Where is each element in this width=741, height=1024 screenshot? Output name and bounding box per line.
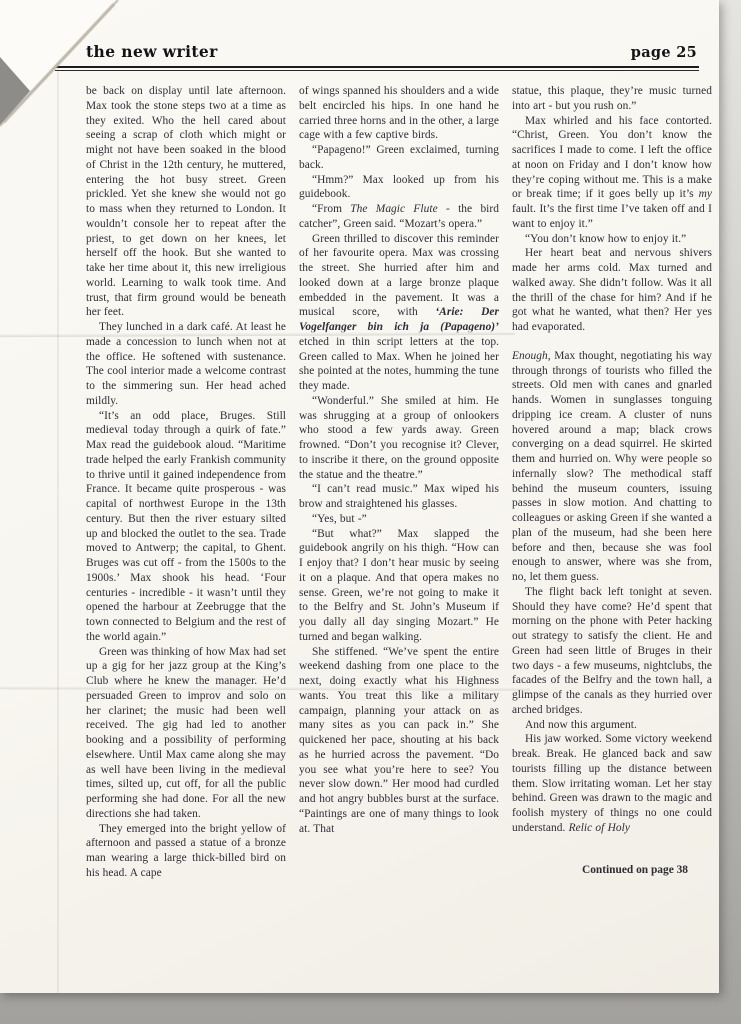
paragraph: statue, this plaque, they’re music turne… xyxy=(512,84,712,114)
body-text: of wings spanned his shoulders and a wid… xyxy=(299,85,499,141)
paragraph: Enough, Max thought, negotiating his way… xyxy=(512,349,712,585)
body-text: “Hmm?” Max looked up from his guidebook. xyxy=(299,174,499,201)
body-text: Green was thinking of how Max had set up… xyxy=(86,646,286,820)
page-number: page 25 xyxy=(631,44,697,61)
body-text: Max whirled and his face contorted. “Chr… xyxy=(512,115,712,201)
paragraph: “It’s an odd place, Bruges. Still mediev… xyxy=(86,409,286,645)
paragraph: Green thrilled to discover this reminder… xyxy=(299,232,499,394)
paragraph: “You don’t know how to enjoy it.” xyxy=(512,232,712,247)
body-text: etched in thin script letters at the top… xyxy=(299,336,499,392)
paragraph: “I can’t read music.” Max wiped his brow… xyxy=(299,482,499,512)
body-text: They emerged into the bright yellow of a… xyxy=(86,823,286,879)
body-text: His jaw worked. Some victory weekend bre… xyxy=(512,733,712,834)
paragraph: “Wonderful.” She smiled at him. He was s… xyxy=(299,394,499,483)
emphasized-text: my xyxy=(699,188,712,200)
body-text: “From xyxy=(312,203,350,215)
body-text: “I can’t read music.” Max wiped his brow… xyxy=(299,483,499,510)
paragraph: And now this argument. xyxy=(512,718,712,733)
body-text: “You don’t know how to enjoy it.” xyxy=(525,233,686,245)
body-text: The flight back left tonight at seven. S… xyxy=(512,586,712,716)
text-column-2: of wings spanned his shoulders and a wid… xyxy=(299,84,499,881)
magazine-page: the new writer page 25 be back on displa… xyxy=(0,0,719,993)
body-text: “But what?” Max slapped the guidebook an… xyxy=(299,528,499,643)
paragraph: Her heart beat and nervous shivers made … xyxy=(512,246,712,335)
text-column-1: be back on display until late afternoon.… xyxy=(86,84,286,881)
text-column-3: statue, this plaque, they’re music turne… xyxy=(512,84,712,881)
emphasized-text: Enough xyxy=(512,350,548,362)
body-text: “Yes, but -” xyxy=(312,513,367,525)
body-text: Her heart beat and nervous shivers made … xyxy=(512,247,712,333)
paragraph: She stiffened. “We’ve spent the entire w… xyxy=(299,645,499,837)
body-text: She stiffened. “We’ve spent the entire w… xyxy=(299,646,499,835)
folded-corner xyxy=(0,0,150,150)
paragraph: “Hmm?” Max looked up from his guidebook. xyxy=(299,173,499,203)
body-text: And now this argument. xyxy=(525,719,637,731)
paragraph: His jaw worked. Some victory weekend bre… xyxy=(512,732,712,835)
paragraph: They lunched in a dark café. At least he… xyxy=(86,320,286,409)
paragraph: “From The Magic Flute - the bird catcher… xyxy=(299,202,499,232)
article-body: be back on display until late afternoon.… xyxy=(0,71,719,881)
emphasized-text: Relic of Holy xyxy=(569,822,630,834)
body-text: “Papageno!” Green exclaimed, turning bac… xyxy=(299,144,499,171)
paragraph: Green was thinking of how Max had set up… xyxy=(86,645,286,822)
paragraph: “Papageno!” Green exclaimed, turning bac… xyxy=(299,143,499,173)
body-text: statue, this plaque, they’re music turne… xyxy=(512,85,712,112)
paragraph: Max whirled and his face contorted. “Chr… xyxy=(512,114,712,232)
body-text: , Max thought, negotiating his way throu… xyxy=(512,350,712,583)
paragraph: “But what?” Max slapped the guidebook an… xyxy=(299,527,499,645)
paragraph: of wings spanned his shoulders and a wid… xyxy=(299,84,499,143)
body-text: “It’s an odd place, Bruges. Still mediev… xyxy=(86,410,286,643)
text-column-3-paragraphs: statue, this plaque, they’re music turne… xyxy=(512,84,712,836)
paragraph: “Yes, but -” xyxy=(299,512,499,527)
emphasized-text: The Magic Flute xyxy=(350,203,437,215)
body-text: They lunched in a dark café. At least he… xyxy=(86,321,286,407)
continued-note: Continued on page 38 xyxy=(512,864,712,876)
body-text: “Wonderful.” She smiled at him. He was s… xyxy=(299,395,499,481)
paragraph: They emerged into the bright yellow of a… xyxy=(86,822,286,881)
body-text: fault. It’s the first time I’ve taken of… xyxy=(512,203,712,230)
paragraph: The flight back left tonight at seven. S… xyxy=(512,585,712,718)
